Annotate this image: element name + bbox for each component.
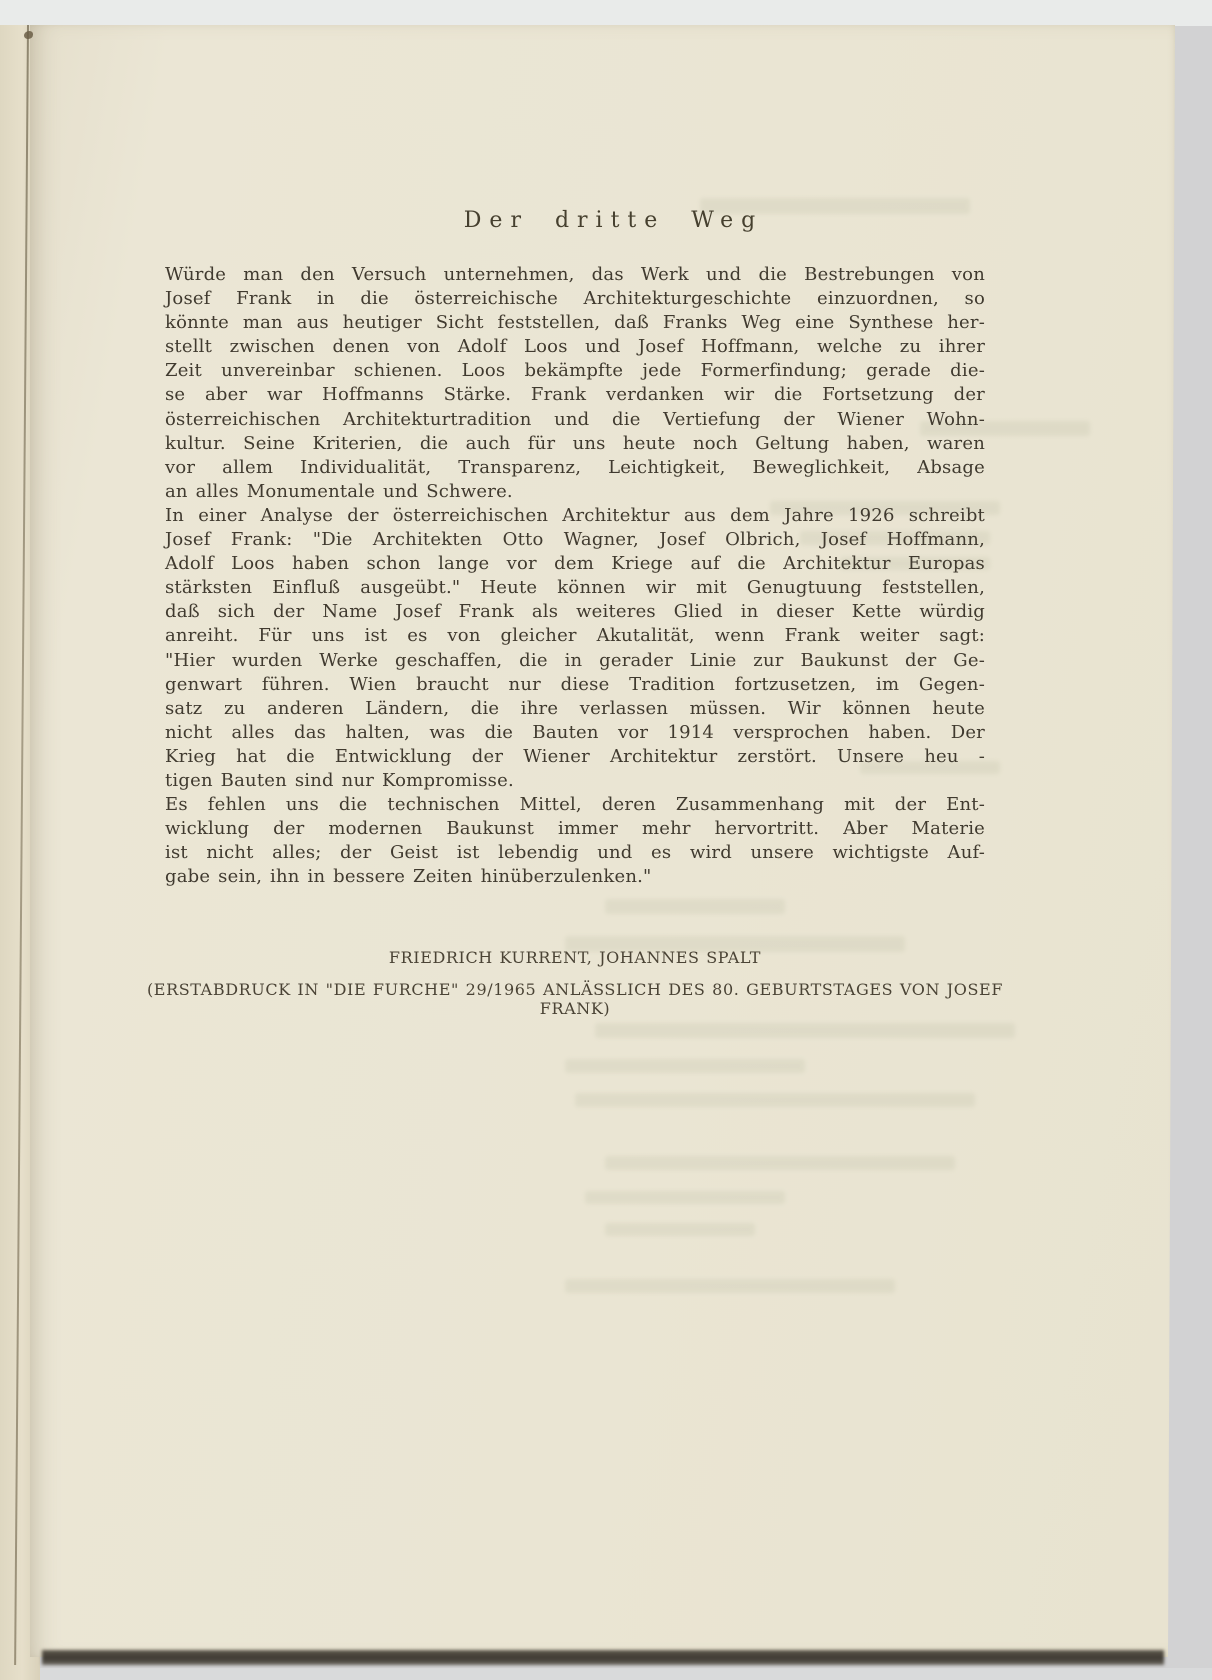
body-line: satz zu anderen Ländern, die ihre verlas… bbox=[165, 697, 985, 721]
bleedthrough-artifact bbox=[595, 1023, 1015, 1038]
bleedthrough-artifact bbox=[605, 1156, 955, 1170]
body-line: Würde man den Versuch unternehmen, das W… bbox=[165, 263, 985, 287]
body-line: an alles Monumentale und Schwere. bbox=[165, 480, 985, 504]
body-line: ist nicht alles; der Geist ist lebendig … bbox=[165, 841, 985, 865]
scan-background-top bbox=[0, 0, 1212, 26]
bleedthrough-artifact bbox=[565, 1059, 805, 1073]
bleedthrough-artifact bbox=[585, 1191, 785, 1204]
body-line: tigen Bauten sind nur Kompromisse. bbox=[165, 769, 985, 793]
body-line: genwart führen. Wien braucht nur diese T… bbox=[165, 673, 985, 697]
body-line: vor allem Individualität, Transparenz, L… bbox=[165, 456, 985, 480]
credit-authors: FRIEDRICH KURRENT, JOHANNES SPALT bbox=[130, 948, 1020, 967]
body-line: In einer Analyse der österreichischen Ar… bbox=[165, 504, 985, 528]
body-line: Adolf Loos haben schon lange vor dem Kri… bbox=[165, 552, 985, 576]
body-line: Zeit unvereinbar schienen. Loos bekämpft… bbox=[165, 359, 985, 383]
body-line: "Hier wurden Werke geschaffen, die in ge… bbox=[165, 649, 985, 673]
body-line: könnte man aus heutiger Sicht feststelle… bbox=[165, 311, 985, 335]
credit-source-note: (ERSTABDRUCK IN "DIE FURCHE" 29/1965 ANL… bbox=[130, 980, 1020, 1018]
page-bottom-shadow bbox=[42, 1650, 1164, 1665]
body-text: Würde man den Versuch unternehmen, das W… bbox=[165, 263, 985, 889]
body-line: daß sich der Name Josef Frank als weiter… bbox=[165, 600, 985, 624]
body-line: anreiht. Für uns ist es von gleicher Aku… bbox=[165, 624, 985, 648]
scanned-document-photo: { "page": { "title": "Der dritte Weg", "… bbox=[0, 0, 1212, 1680]
body-line: wicklung der modernen Baukunst immer meh… bbox=[165, 817, 985, 841]
body-line: nicht alles das halten, was die Bauten v… bbox=[165, 721, 985, 745]
body-line: gabe sein, ihn in bessere Zeiten hinüber… bbox=[165, 865, 985, 889]
body-line: kultur. Seine Kriterien, die auch für un… bbox=[165, 432, 985, 456]
body-line: stellt zwischen denen von Adolf Loos und… bbox=[165, 335, 985, 359]
body-line: stärksten Einfluß ausgeübt." Heute könne… bbox=[165, 576, 985, 600]
bleedthrough-artifact bbox=[575, 1093, 975, 1107]
bleedthrough-artifact bbox=[605, 1223, 755, 1236]
document-page: Der dritte Weg Würde man den Versuch unt… bbox=[30, 25, 1175, 1657]
body-line: Es fehlen uns die technischen Mittel, de… bbox=[165, 793, 985, 817]
scan-background-bottom bbox=[0, 1668, 1212, 1680]
body-line: österreichischen Architekturtradition un… bbox=[165, 408, 985, 432]
body-line: Josef Frank in die österreichische Archi… bbox=[165, 287, 985, 311]
body-line: Josef Frank: "Die Architekten Otto Wagne… bbox=[165, 528, 985, 552]
body-line: se aber war Hoffmanns Stärke. Frank verd… bbox=[165, 383, 985, 407]
page-title: Der dritte Weg bbox=[191, 208, 1036, 233]
bleedthrough-artifact bbox=[565, 1279, 895, 1293]
body-line: Krieg hat die Entwicklung der Wiener Arc… bbox=[165, 745, 985, 769]
bleedthrough-artifact bbox=[605, 899, 785, 914]
